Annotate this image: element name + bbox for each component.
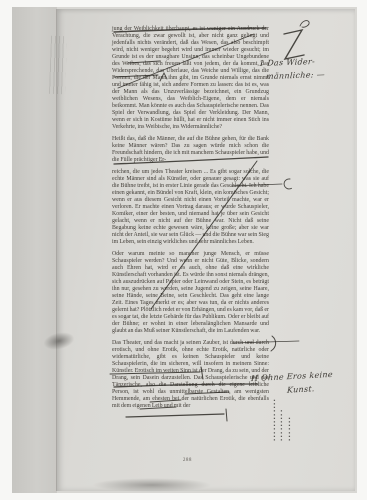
handwritten-note-bottom-line2: Kunst. bbox=[287, 384, 315, 394]
stamp-column: ■■■■■■■ bbox=[288, 403, 291, 441]
paragraph: Oder warum meinte so mancher junge Mensc… bbox=[112, 251, 269, 335]
ownership-stamp: ■■■■■■■■■■■■ ■■■■■■■■■ ■■■■■■■ bbox=[273, 397, 291, 441]
page-crease-mark bbox=[49, 36, 67, 95]
paragraph: Das Theater, und das macht ja seinen Zau… bbox=[112, 340, 269, 410]
paragraph: Heißt das, daß die Männer, die auf die B… bbox=[112, 136, 269, 164]
page-number: 288 bbox=[183, 458, 192, 463]
bottom-scan-shadow bbox=[92, 478, 212, 492]
scanned-book-page: jung der Weiblichkeit überhaupt, es ist … bbox=[0, 0, 367, 500]
stamp-column: ■■■■■■■■■ bbox=[280, 400, 283, 441]
paragraph: jung der Weiblichkeit überhaupt, es ist … bbox=[112, 26, 269, 131]
paragraph: reichen, die um jedes Theater kreisen ..… bbox=[112, 169, 269, 246]
stamp-column: ■■■■■■■■■■■■ bbox=[273, 397, 276, 441]
printed-text-column: jung der Weiblichkeit überhaupt, es ist … bbox=[112, 26, 269, 410]
